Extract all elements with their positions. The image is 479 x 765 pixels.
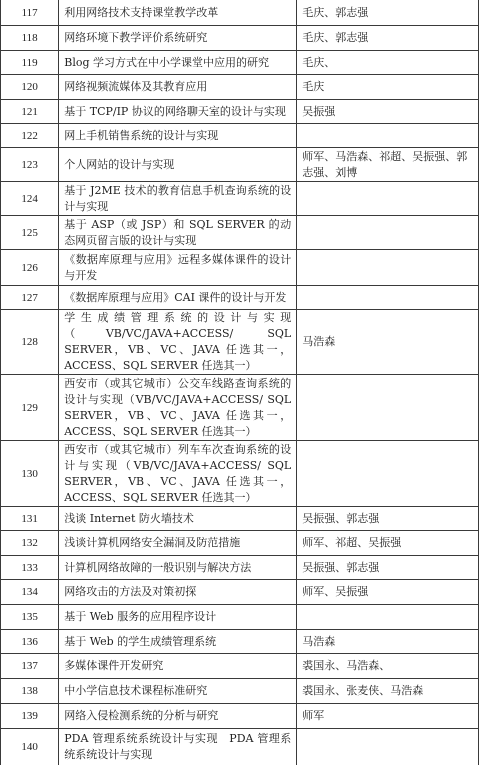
- table-row: 125基于 ASP（或 JSP）和 SQL SERVER 的动态网页留言版的设计…: [1, 216, 479, 250]
- topic-number: 122: [1, 124, 59, 148]
- table-body: 117利用网络技术支持课堂教学改革毛庆、郭志强118网络环境下教学评价系统研究毛…: [1, 0, 479, 765]
- topic-title: 浅谈计算机网络安全漏洞及防范措施: [59, 531, 297, 556]
- topic-number: 137: [1, 654, 59, 679]
- topic-advisors: 吴振强、郭志强: [297, 507, 479, 531]
- topic-number: 131: [1, 507, 59, 531]
- table-row: 131浅谈 Internet 防火墙技术吴振强、郭志强: [1, 507, 479, 531]
- topic-advisors: 裘国永、张麦侠、马浩森: [297, 679, 479, 704]
- topic-title: 利用网络技术支持课堂教学改革: [59, 0, 297, 26]
- topic-advisors: 师军、马浩森、祁超、吴振强、郭志强、刘博: [297, 148, 479, 182]
- table-row: 121基于 TCP/IP 协议的网络聊天室的设计与实现吴振强: [1, 100, 479, 124]
- table-row: 137多媒体课件开发研究裘国永、马浩森、: [1, 654, 479, 679]
- topic-number: 134: [1, 580, 59, 605]
- table-row: 118网络环境下教学评价系统研究毛庆、郭志强: [1, 26, 479, 51]
- topic-title: 基于 Web 服务的应用程序设计: [59, 605, 297, 630]
- topic-advisors: [297, 729, 479, 765]
- table-row: 128学生成绩管理系统的设计与实现（VB/VC/JAVA+ACCESS/ SQL…: [1, 310, 479, 375]
- topic-title: 网上手机销售系统的设计与实现: [59, 124, 297, 148]
- topic-number: 120: [1, 75, 59, 100]
- topic-title: 基于 ASP（或 JSP）和 SQL SERVER 的动态网页留言版的设计与实现: [59, 216, 297, 250]
- table-row: 127《数据库原理与应用》CAI 课件的设计与开发: [1, 286, 479, 310]
- topic-number: 130: [1, 441, 59, 507]
- topic-advisors: 师军、祁超、吴振强: [297, 531, 479, 556]
- topic-advisors: 毛庆、: [297, 51, 479, 75]
- topic-number: 125: [1, 216, 59, 250]
- topic-title: 基于 Web 的学生成绩管理系统: [59, 630, 297, 654]
- table-row: 132浅谈计算机网络安全漏洞及防范措施师军、祁超、吴振强: [1, 531, 479, 556]
- thesis-topics-table: 117利用网络技术支持课堂教学改革毛庆、郭志强118网络环境下教学评价系统研究毛…: [0, 0, 479, 765]
- topic-title: 学生成绩管理系统的设计与实现（VB/VC/JAVA+ACCESS/ SQL SE…: [59, 310, 297, 375]
- table-row: 126《数据库原理与应用》远程多媒体课件的设计与开发: [1, 250, 479, 286]
- topic-title: 中小学信息技术课程标准研究: [59, 679, 297, 704]
- topic-number: 121: [1, 100, 59, 124]
- topic-advisors: [297, 375, 479, 441]
- topic-title: Blog 学习方式在中小学课堂中应用的研究: [59, 51, 297, 75]
- topic-advisors: 师军、吴振强: [297, 580, 479, 605]
- topic-number: 123: [1, 148, 59, 182]
- topic-title: 西安市（或其它城市）公交车线路查询系统的设计与实现（VB/VC/JAVA+ACC…: [59, 375, 297, 441]
- topic-advisors: [297, 182, 479, 216]
- topic-number: 119: [1, 51, 59, 75]
- topic-advisors: [297, 124, 479, 148]
- topic-advisors: 吴振强、郭志强: [297, 556, 479, 580]
- table-row: 124基于 J2ME 技术的教育信息手机查询系统的设计与实现: [1, 182, 479, 216]
- table-row: 123个人网站的设计与实现师军、马浩森、祁超、吴振强、郭志强、刘博: [1, 148, 479, 182]
- topic-number: 140: [1, 729, 59, 765]
- topic-advisors: 吴振强: [297, 100, 479, 124]
- topic-number: 117: [1, 0, 59, 26]
- topic-title: 网络入侵检测系统的分析与研究: [59, 704, 297, 729]
- topic-number: 124: [1, 182, 59, 216]
- topic-title: PDA 管理系统系统设计与实现 PDA 管理系统系统设计与实现: [59, 729, 297, 765]
- topic-advisors: 裘国永、马浩森、: [297, 654, 479, 679]
- topic-number: 133: [1, 556, 59, 580]
- topic-title: 个人网站的设计与实现: [59, 148, 297, 182]
- topic-title: 网络视频流媒体及其教育应用: [59, 75, 297, 100]
- topic-title: 多媒体课件开发研究: [59, 654, 297, 679]
- topic-advisors: [297, 286, 479, 310]
- topic-number: 126: [1, 250, 59, 286]
- topic-title: 《数据库原理与应用》CAI 课件的设计与开发: [59, 286, 297, 310]
- table-row: 140PDA 管理系统系统设计与实现 PDA 管理系统系统设计与实现: [1, 729, 479, 765]
- topic-title: 西安市（或其它城市）列车车次查询系统的设计与实现（VB/VC/JAVA+ACCE…: [59, 441, 297, 507]
- topic-title: 网络环境下教学评价系统研究: [59, 26, 297, 51]
- topic-number: 132: [1, 531, 59, 556]
- table-row: 119Blog 学习方式在中小学课堂中应用的研究毛庆、: [1, 51, 479, 75]
- topic-advisors: [297, 605, 479, 630]
- topic-advisors: 马浩森: [297, 630, 479, 654]
- topic-number: 135: [1, 605, 59, 630]
- table-row: 134网络攻击的方法及对策初探师军、吴振强: [1, 580, 479, 605]
- topic-title: 浅谈 Internet 防火墙技术: [59, 507, 297, 531]
- topic-title: 基于 TCP/IP 协议的网络聊天室的设计与实现: [59, 100, 297, 124]
- table-row: 130西安市（或其它城市）列车车次查询系统的设计与实现（VB/VC/JAVA+A…: [1, 441, 479, 507]
- topic-advisors: 马浩森: [297, 310, 479, 375]
- table-row: 136基于 Web 的学生成绩管理系统马浩森: [1, 630, 479, 654]
- topic-title: 计算机网络故障的一般识别与解决方法: [59, 556, 297, 580]
- table-row: 117利用网络技术支持课堂教学改革毛庆、郭志强: [1, 0, 479, 26]
- topic-advisors: 毛庆: [297, 75, 479, 100]
- topic-number: 129: [1, 375, 59, 441]
- topic-number: 127: [1, 286, 59, 310]
- table-row: 135基于 Web 服务的应用程序设计: [1, 605, 479, 630]
- topic-advisors: [297, 216, 479, 250]
- topic-advisors: 毛庆、郭志强: [297, 0, 479, 26]
- table-row: 122网上手机销售系统的设计与实现: [1, 124, 479, 148]
- table-row: 129西安市（或其它城市）公交车线路查询系统的设计与实现（VB/VC/JAVA+…: [1, 375, 479, 441]
- topic-advisors: [297, 250, 479, 286]
- topic-number: 138: [1, 679, 59, 704]
- topic-title: 《数据库原理与应用》远程多媒体课件的设计与开发: [59, 250, 297, 286]
- topic-advisors: [297, 441, 479, 507]
- topic-number: 139: [1, 704, 59, 729]
- topic-title: 网络攻击的方法及对策初探: [59, 580, 297, 605]
- table-row: 133计算机网络故障的一般识别与解决方法吴振强、郭志强: [1, 556, 479, 580]
- topic-number: 136: [1, 630, 59, 654]
- table-row: 139网络入侵检测系统的分析与研究师军: [1, 704, 479, 729]
- topic-title: 基于 J2ME 技术的教育信息手机查询系统的设计与实现: [59, 182, 297, 216]
- topic-number: 118: [1, 26, 59, 51]
- topic-advisors: 师军: [297, 704, 479, 729]
- table-row: 138中小学信息技术课程标准研究裘国永、张麦侠、马浩森: [1, 679, 479, 704]
- topic-advisors: 毛庆、郭志强: [297, 26, 479, 51]
- topic-number: 128: [1, 310, 59, 375]
- table-row: 120网络视频流媒体及其教育应用毛庆: [1, 75, 479, 100]
